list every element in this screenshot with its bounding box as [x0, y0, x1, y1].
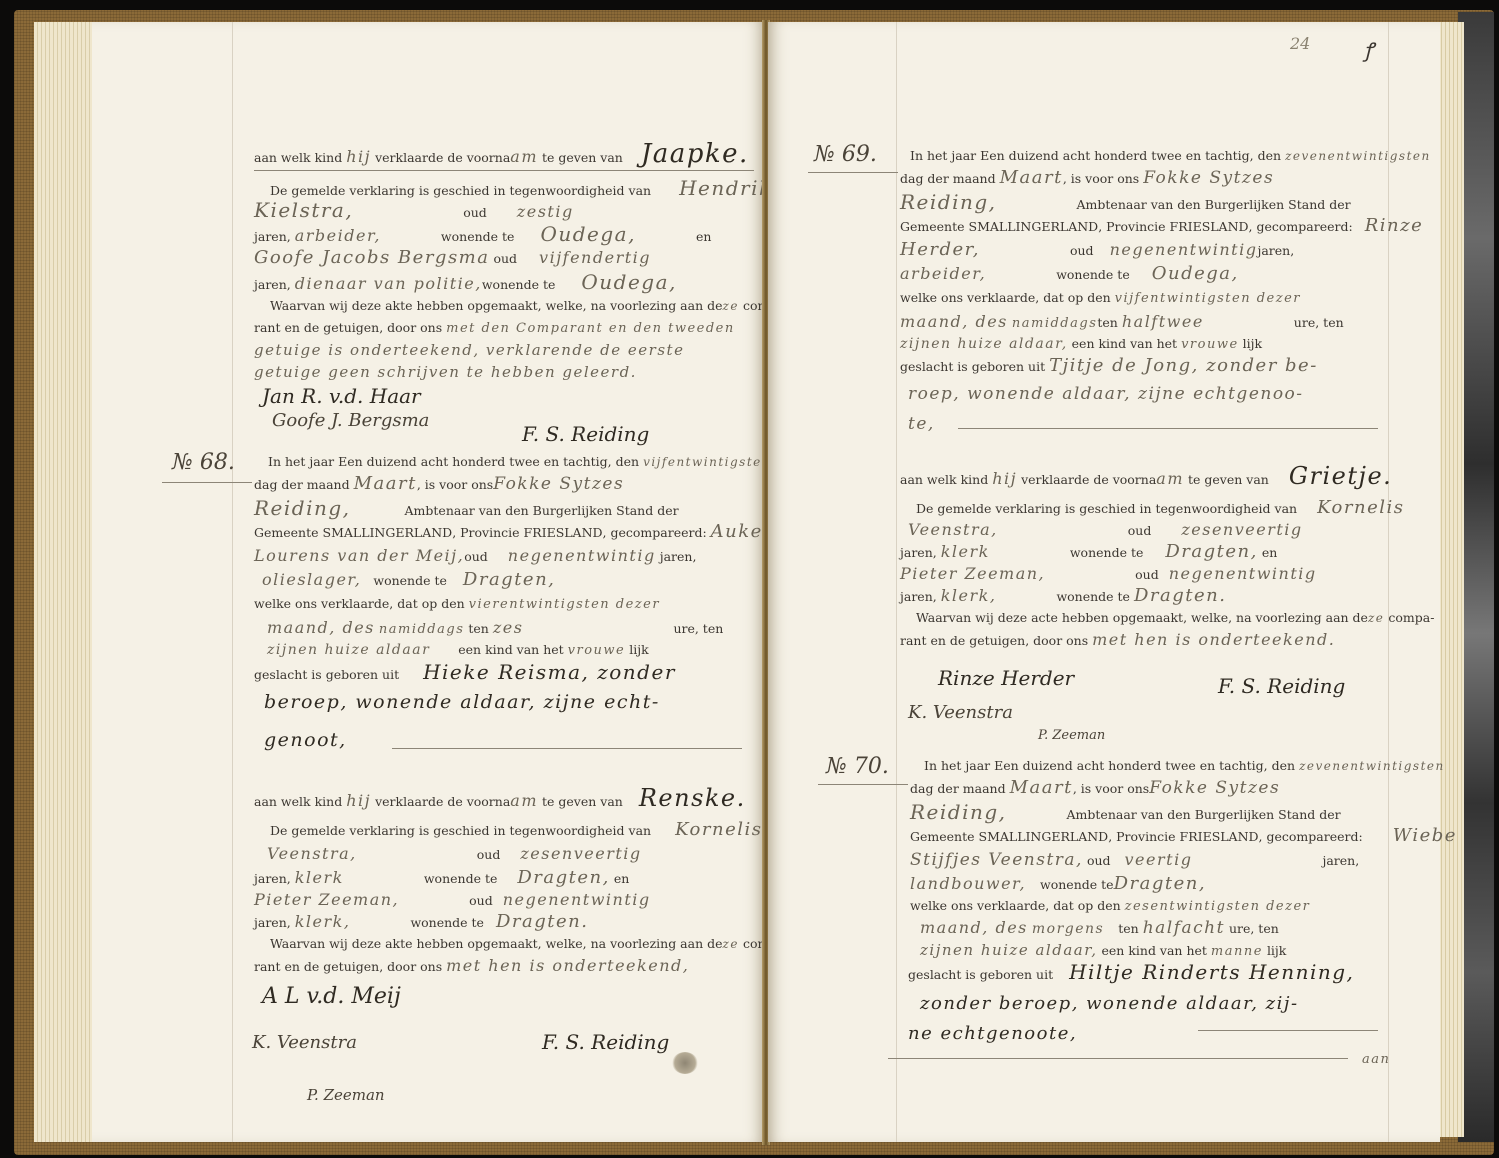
entry-number: № 70.	[826, 754, 889, 779]
signature: P. Zeeman	[307, 1086, 385, 1104]
corner-mark-icon: ꝭ	[1364, 36, 1373, 63]
page-edges-right	[1438, 22, 1464, 1137]
signature: A L v.d. Meij	[262, 984, 401, 1009]
margin-rule	[232, 22, 233, 1142]
right-page: 24 ꝭ № 69. In het jaar Een duizend acht …	[768, 22, 1440, 1142]
child-name-line: aan welk kind hij verklaarde de voornaam…	[254, 146, 749, 166]
ink-stain	[672, 1052, 698, 1074]
child-name: Renske.	[639, 784, 746, 812]
witness-line: De gemelde verklaring is geschied in teg…	[270, 180, 773, 199]
signature: P. Zeeman	[1038, 728, 1105, 743]
signature: Goofe J. Bergsma	[272, 410, 429, 431]
catchword: aan	[1362, 1052, 1390, 1068]
page-number: 24	[1290, 34, 1310, 53]
signature: K. Veenstra	[908, 702, 1013, 723]
child-name: Grietje.	[1289, 462, 1392, 490]
left-page: aan welk kind hij verklaarde de voornaam…	[92, 22, 764, 1142]
child-name: Jaapke.	[641, 139, 749, 169]
signature: F. S. Reiding	[1218, 674, 1345, 698]
entry-number: № 69.	[814, 142, 877, 167]
signature: K. Veenstra	[252, 1032, 357, 1053]
margin-rule	[896, 22, 897, 1142]
signature: Jan R. v.d. Haar	[262, 384, 421, 408]
signature: F. S. Reiding	[542, 1030, 669, 1054]
margin-rule	[1388, 22, 1389, 1142]
entry-number: № 68.	[172, 450, 235, 475]
signature: Rinze Herder	[938, 666, 1074, 690]
signature: F. S. Reiding	[522, 422, 649, 446]
page-edges-left	[34, 22, 94, 1142]
